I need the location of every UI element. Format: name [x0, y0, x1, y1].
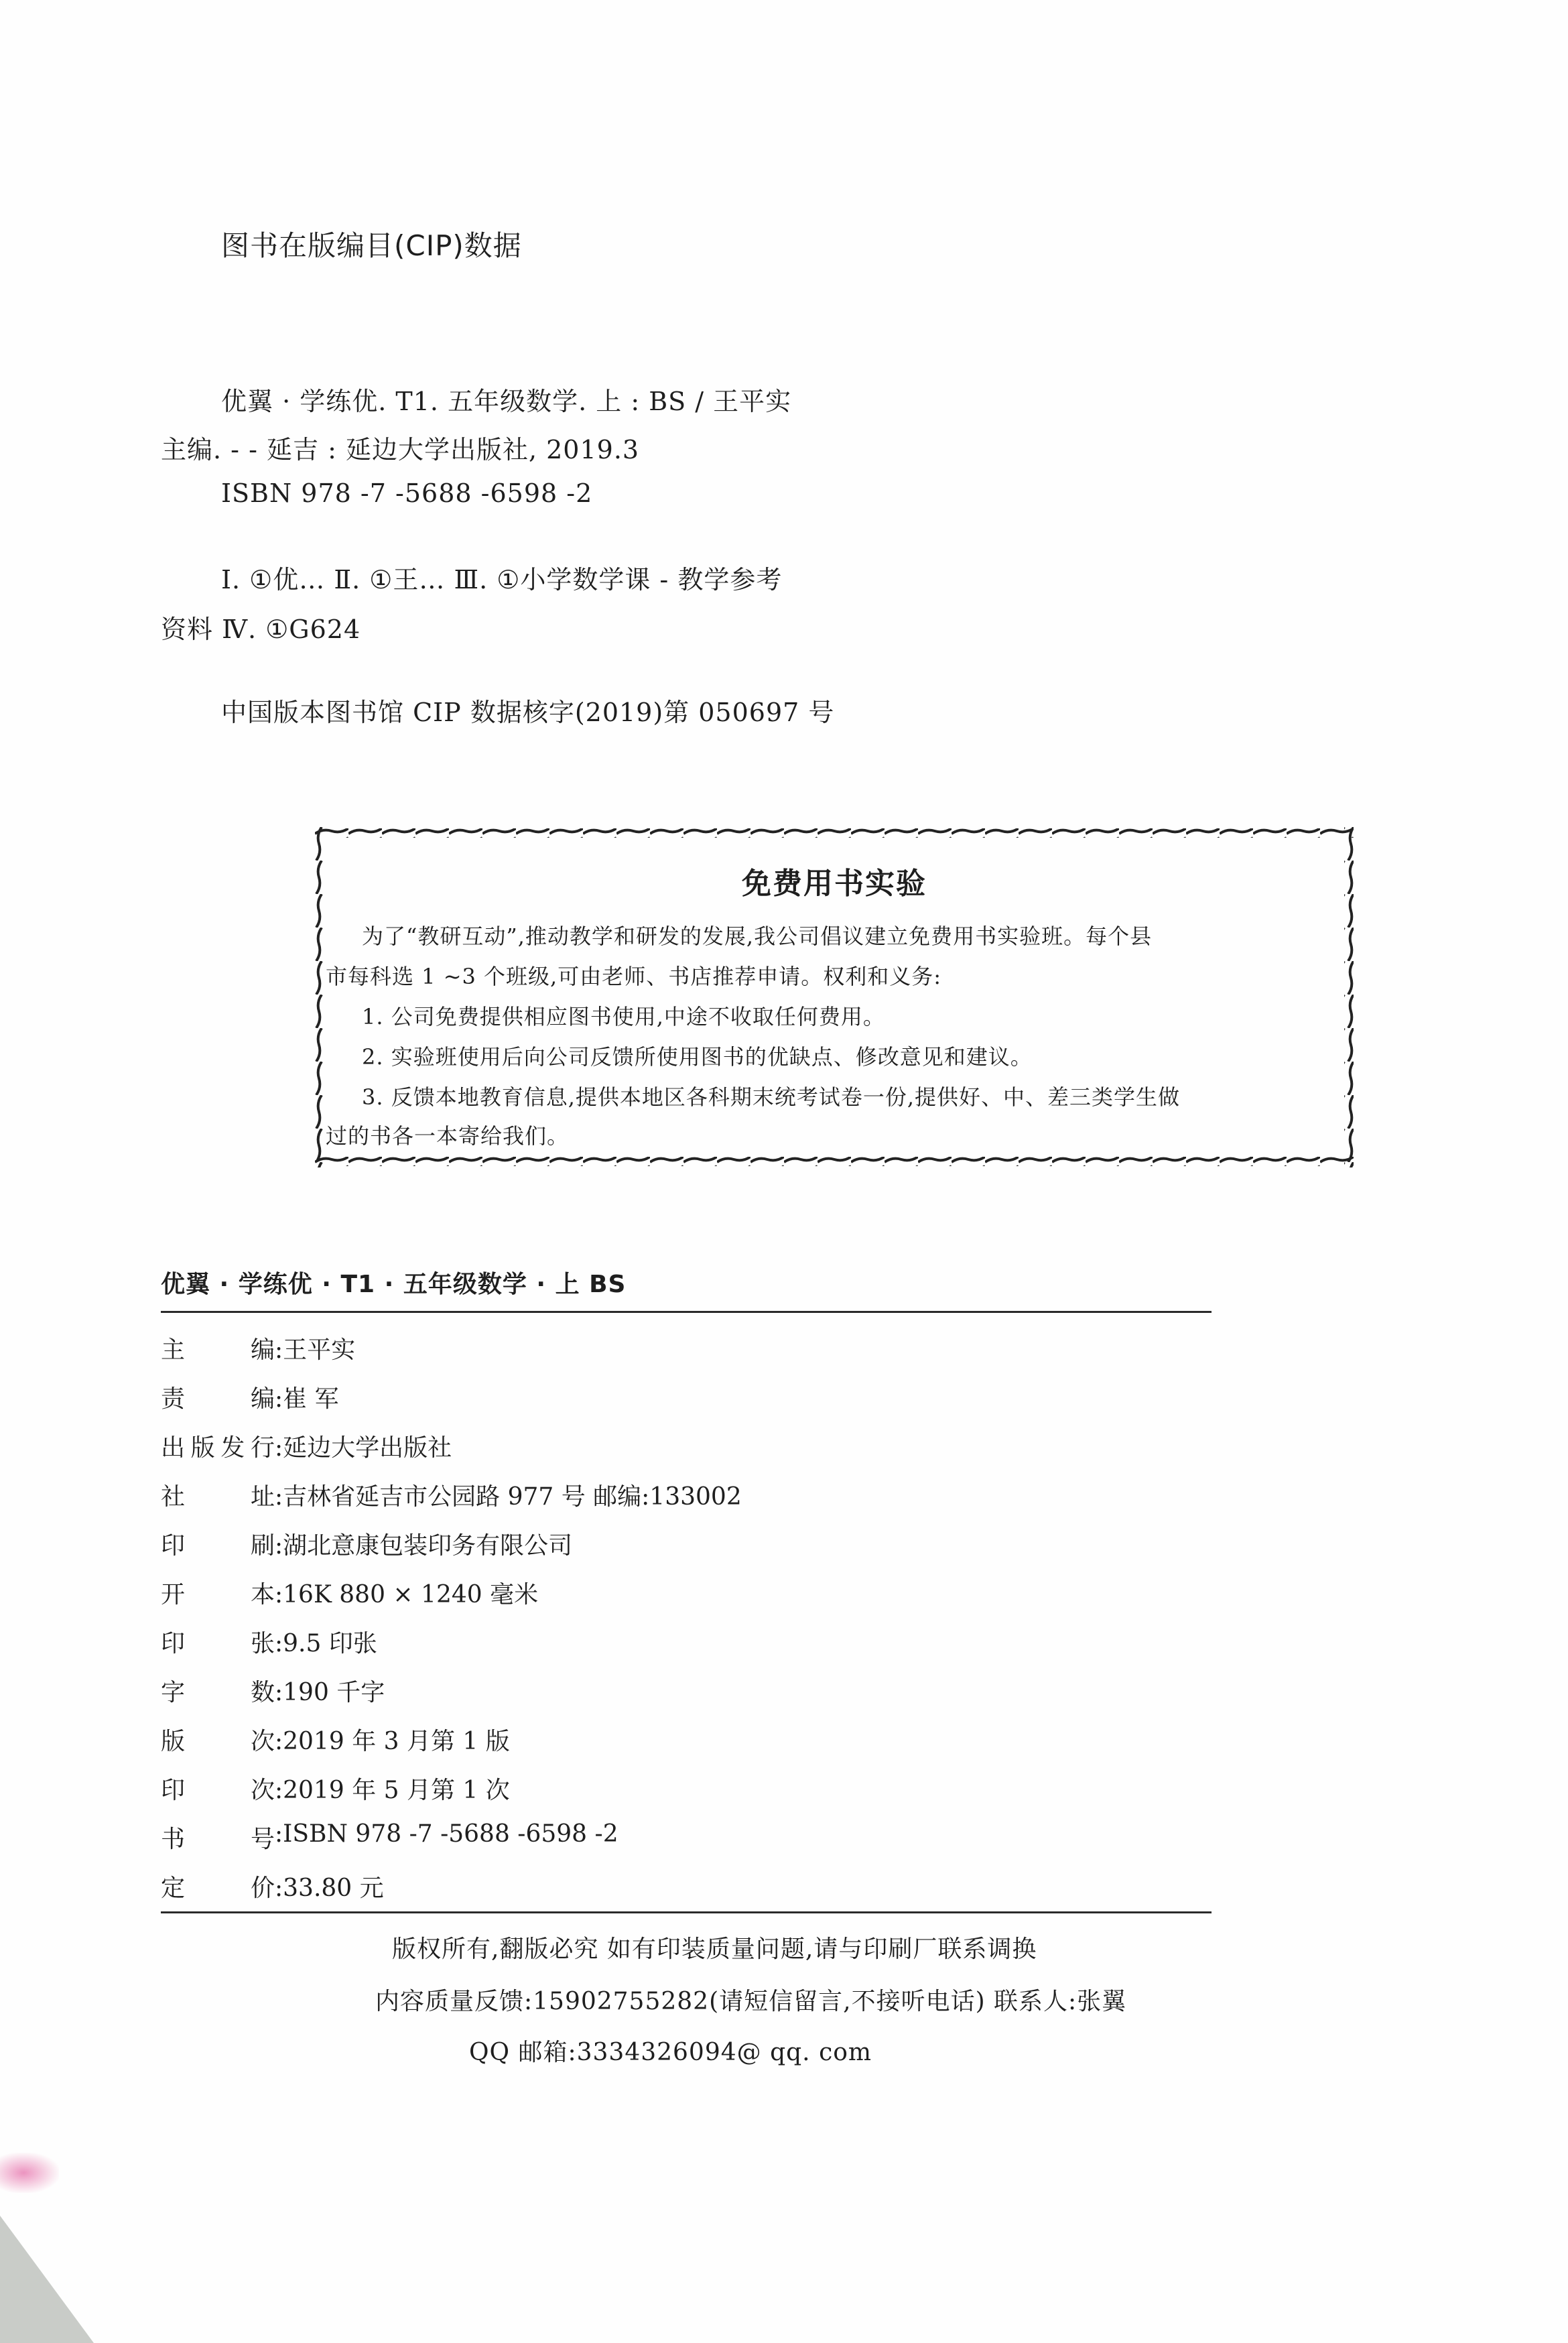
- info-value: :吉林省延吉市公园路 977 号 邮编:133002: [275, 1478, 742, 1512]
- info-value: :16K 880 × 1240 毫米: [275, 1576, 538, 1610]
- info-row-price: 定价 :33.80 元: [161, 1869, 384, 1903]
- info-label: 书号: [161, 1820, 275, 1854]
- info-value: :2019 年 3 月第 1 版: [275, 1722, 510, 1757]
- info-row-address: 社址 :吉林省延吉市公园路 977 号 邮编:133002: [161, 1478, 742, 1512]
- notice-paragraph-line-2: 市每科选 1 ~3 个班级,可由老师、书店推荐申请。权利和义务:: [326, 960, 941, 991]
- info-label: 定价: [161, 1869, 275, 1903]
- info-row-isbn: 书号 :ISBN 978 -7 -5688 -6598 -2: [161, 1820, 618, 1854]
- info-label: 社址: [161, 1478, 275, 1512]
- info-row-publisher: 出版发行 :延边大学出版社: [161, 1429, 452, 1463]
- cip-line-publisher: 主编. - - 延吉 : 延边大学出版社, 2019.3: [161, 429, 639, 466]
- info-row-edition: 版次 :2019 年 3 月第 1 版: [161, 1722, 510, 1757]
- free-book-trial-notice: 免费用书实验 为了“教研互动”,推动教学和研发的发展,我公司倡议建立免费用书实验…: [315, 827, 1354, 1167]
- info-value: :延边大学出版社: [275, 1429, 452, 1463]
- info-label: 字数: [161, 1673, 275, 1708]
- info-label: 印刷: [161, 1527, 275, 1561]
- torn-corner: [0, 2216, 94, 2343]
- divider-top: [161, 1311, 1212, 1313]
- cip-line-classification: 资料 Ⅳ. ①G624: [161, 609, 361, 645]
- cip-line-title: 优翼 · 学练优. T1. 五年级数学. 上 : BS / 王平实: [221, 381, 791, 418]
- cip-line-approval-number: 中国版本图书馆 CIP 数据核字(2019)第 050697 号: [221, 692, 834, 729]
- info-value: :2019 年 5 月第 1 次: [275, 1771, 510, 1806]
- notice-item-3-line-1: 3. 反馈本地教育信息,提供本地区各科期末统考试卷一份,提供好、中、差三类学生做: [362, 1080, 1180, 1111]
- copyright-page: 图书在版编目(CIP)数据 优翼 · 学练优. T1. 五年级数学. 上 : B…: [0, 0, 1568, 2343]
- ink-smudge: [0, 2153, 59, 2193]
- info-row-format: 开本 :16K 880 × 1240 毫米: [161, 1576, 538, 1610]
- info-label: 印张: [161, 1625, 275, 1659]
- info-value: :9.5 印张: [275, 1625, 377, 1659]
- notice-item-2: 2. 实验班使用后向公司反馈所使用图书的优缺点、修改意见和建议。: [362, 1040, 1033, 1071]
- info-label: 责编: [161, 1380, 275, 1414]
- book-title: 优翼 · 学练优 · T1 · 五年级数学 · 上 BS: [161, 1265, 626, 1300]
- notice-paragraph-line-1: 为了“教研互动”,推动教学和研发的发展,我公司倡议建立免费用书实验班。每个县: [362, 920, 1152, 950]
- info-row-sheets: 印张 :9.5 印张: [161, 1625, 377, 1659]
- info-row-printer: 印刷 :湖北意康包装印务有限公司: [161, 1527, 572, 1561]
- info-row-word-count: 字数 :190 千字: [161, 1673, 385, 1708]
- divider-bottom: [161, 1911, 1212, 1913]
- info-row-editor: 主编 :王平实: [161, 1331, 355, 1365]
- info-label: 出版发行: [161, 1429, 275, 1463]
- info-label: 版次: [161, 1722, 275, 1757]
- notice-item-1: 1. 公司免费提供相应图书使用,中途不收取任何费用。: [362, 1000, 885, 1031]
- info-label: 开本: [161, 1576, 275, 1610]
- notice-title: 免费用书实验: [315, 859, 1354, 902]
- copyright-notice: 版权所有,翻版必究 如有印装质量问题,请与印刷厂联系调换: [392, 1930, 1037, 1964]
- info-label: 印次: [161, 1771, 275, 1806]
- info-value: :王平实: [275, 1331, 355, 1365]
- info-value: :崔 军: [275, 1380, 339, 1414]
- qq-email: QQ 邮箱:3334326094@ qq. com: [469, 2033, 872, 2068]
- info-value: :190 千字: [275, 1673, 385, 1708]
- feedback-contact: 内容质量反馈:15902755282(请短信留言,不接听电话) 联系人:张翼: [375, 1982, 1126, 2017]
- info-label: 主编: [161, 1331, 275, 1365]
- info-value: :ISBN 978 -7 -5688 -6598 -2: [275, 1820, 618, 1854]
- cip-heading: 图书在版编目(CIP)数据: [221, 224, 522, 264]
- info-value: :33.80 元: [275, 1869, 384, 1903]
- cip-line-subjects: Ⅰ. ①优… Ⅱ. ①王… Ⅲ. ①小学数学课 - 教学参考: [221, 559, 782, 596]
- cip-line-isbn: ISBN 978 -7 -5688 -6598 -2: [221, 479, 592, 508]
- info-row-responsible-editor: 责编 :崔 军: [161, 1380, 339, 1414]
- info-value: :湖北意康包装印务有限公司: [275, 1527, 572, 1561]
- info-row-printing: 印次 :2019 年 5 月第 1 次: [161, 1771, 510, 1806]
- notice-item-3-line-2: 过的书各一本寄给我们。: [326, 1119, 569, 1150]
